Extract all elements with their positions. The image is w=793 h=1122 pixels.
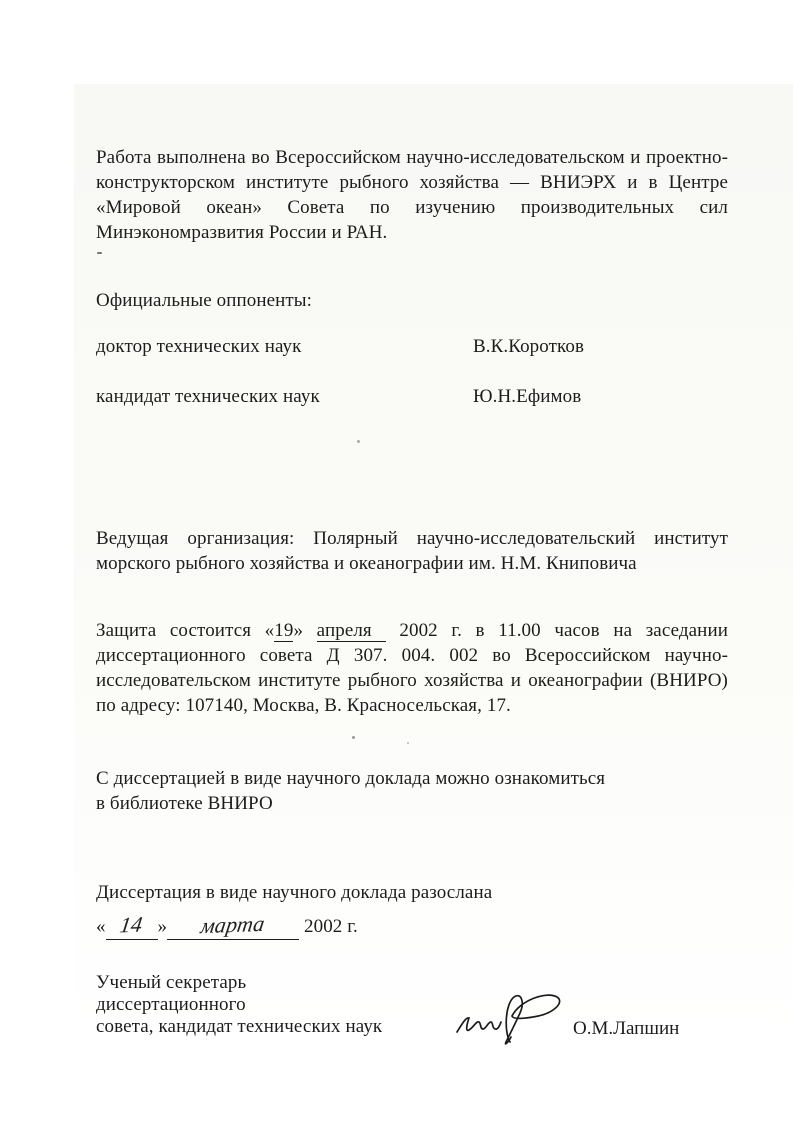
opponent-row: доктор технических наук В.К.Коротков	[96, 334, 728, 359]
affiliation-line: «Мировой океан» Совета по изучению произ…	[96, 195, 728, 220]
close-quote: »	[158, 916, 168, 937]
library-note: С диссертацией в виде научного доклада м…	[96, 766, 728, 816]
mailed-note: Диссертация в виде научного доклада разо…	[96, 880, 728, 905]
opponents-heading: Официальные оппоненты:	[96, 288, 728, 313]
affiliation-paragraph: Работа выполнена во Всероссийском научно…	[96, 145, 728, 245]
defense-line: исследовательском институте рыбного хозя…	[96, 668, 728, 693]
defense-day-underlined: 19	[274, 620, 293, 642]
defense-text: Защита состоится «	[96, 620, 274, 641]
defense-line: Защита состоится «19» апреля 2002 г. в 1…	[96, 618, 728, 643]
leading-organization-line: Ведущая организация: Полярный научно-исс…	[96, 526, 728, 551]
scan-speck	[357, 440, 360, 443]
defense-paragraph: Защита состоится «19» апреля 2002 г. в 1…	[96, 618, 728, 718]
scan-speck	[97, 252, 102, 254]
signature-scribble	[453, 986, 565, 1048]
leading-organization-line: морского рыбного хозяйства и океанографи…	[96, 551, 728, 576]
date-year: 2002 г.	[304, 916, 358, 937]
secretary-line: диссертационного	[96, 994, 728, 1016]
library-note-line: С диссертацией в виде научного доклада м…	[96, 766, 728, 791]
opponent-degree: доктор технических наук	[96, 336, 301, 357]
defense-text: »	[293, 620, 303, 641]
secretary-line: Ученый секретарь	[96, 972, 728, 994]
defense-text: 2002 г. в 11.00 часов на заседании	[399, 620, 728, 641]
secretary-name: О.М.Лапшин	[573, 1016, 679, 1041]
date-day-blank: 14	[106, 914, 158, 940]
defense-line: по адресу: 107140, Москва, В. Красносель…	[96, 693, 728, 718]
scanned-document-page: Работа выполнена во Всероссийском научно…	[0, 0, 793, 1122]
defense-month-underlined: апреля	[317, 620, 386, 642]
affiliation-line: конструкторском институте рыбного хозяйс…	[96, 170, 728, 195]
handwritten-day: 14	[119, 914, 144, 937]
opponent-name: Ю.Н.Ефимов	[473, 384, 581, 409]
opponent-degree: кандидат технических наук	[96, 386, 320, 407]
opponent-row: кандидат технических наук Ю.Н.Ефимов	[96, 384, 728, 409]
open-quote: «	[96, 916, 106, 937]
date-month-blank: марта	[167, 914, 299, 940]
scan-speck	[352, 736, 355, 739]
opponent-name: В.К.Коротков	[473, 334, 584, 359]
scan-speck	[407, 742, 409, 744]
defense-line: диссертационного совета Д 307. 004. 002 …	[96, 643, 728, 668]
mailed-date-line: «14»марта2002 г.	[96, 914, 728, 940]
affiliation-line: Работа выполнена во Всероссийском научно…	[96, 145, 728, 170]
leading-organization-paragraph: Ведущая организация: Полярный научно-исс…	[96, 526, 728, 576]
library-note-line: в библиотеке ВНИРО	[96, 791, 728, 816]
affiliation-line: Минэкономразвития России и РАН.	[96, 220, 728, 245]
handwritten-month: марта	[200, 913, 267, 937]
